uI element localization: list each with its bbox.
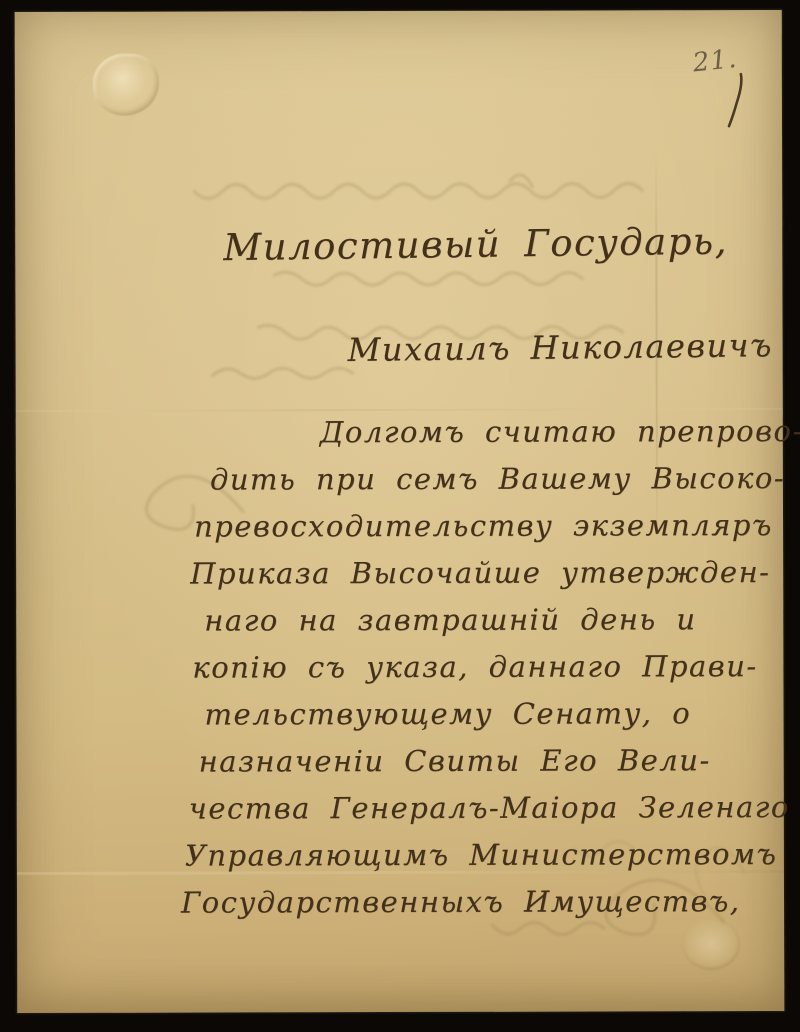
letter-body: Долгомъ считаю препрово- дить при семъ В… <box>178 408 779 927</box>
folio-number-stroke <box>715 70 755 130</box>
body-line: Государственныхъ Имуществъ, <box>179 878 779 927</box>
body-line: Управляющимъ Министерствомъ <box>179 831 779 880</box>
body-line: назначеніи Свиты Его Вели- <box>179 737 779 786</box>
embossed-oval-stamp-icon <box>682 918 740 970</box>
body-line: тельствующему Сенату, о <box>178 690 778 739</box>
body-line: Долгомъ считаю препрово- <box>178 408 778 457</box>
body-line: копію съ указа, даннаго Прави- <box>178 643 778 692</box>
letter-page: 21. Милостивый Государь, Михаилъ Николае… <box>15 10 785 1013</box>
body-line: наго на завтрашній день и <box>178 596 778 645</box>
salutation-line: Милостивый Государь, <box>223 219 728 269</box>
body-line: Приказа Высочайше утвержден- <box>178 549 778 598</box>
addressee-line: Михаилъ Николаевичъ <box>347 326 773 369</box>
body-line: дить при семъ Вашему Высоко- <box>178 455 778 504</box>
body-line: чества Генералъ-Маіора Зеленаго <box>179 784 779 833</box>
body-line: превосходительству экземпляръ <box>178 502 778 551</box>
scanner-background: 21. Милостивый Государь, Михаилъ Николае… <box>0 0 800 1032</box>
